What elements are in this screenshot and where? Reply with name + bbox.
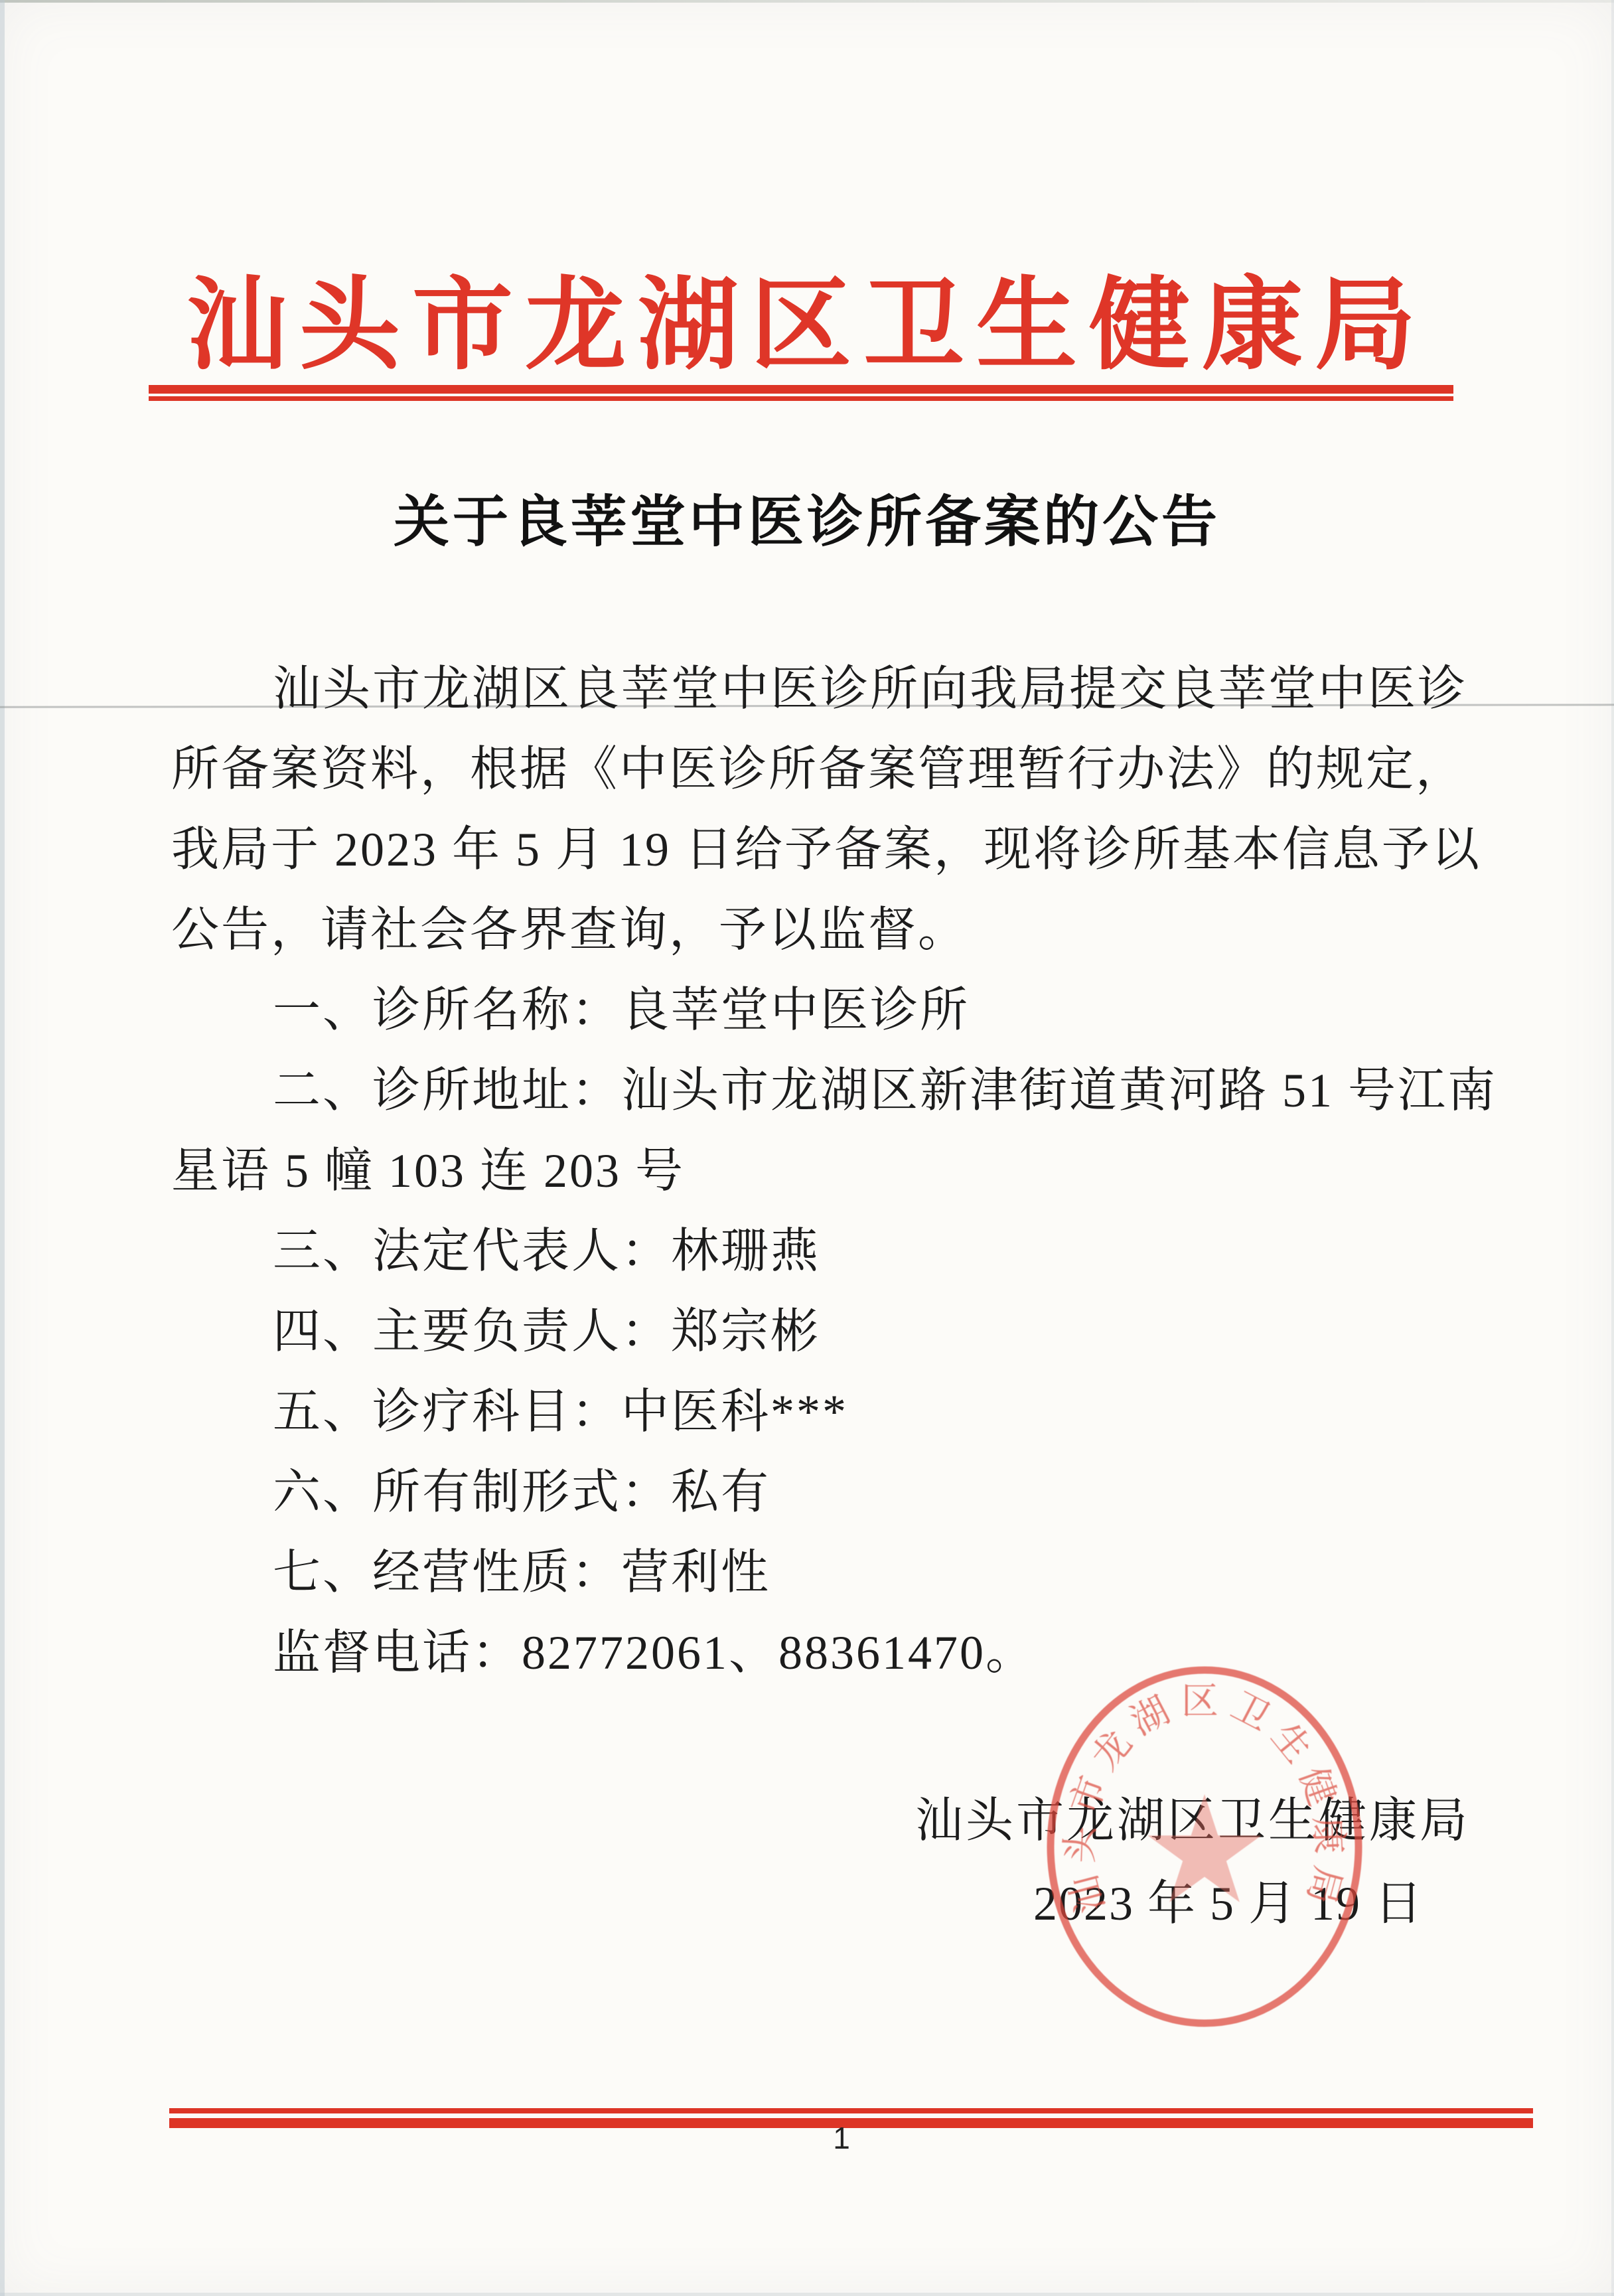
letterhead-agency-name: 汕头市龙湖区卫生健康局 [0, 275, 1614, 376]
scan-edge-top [0, 0, 1614, 3]
body-line-principal: 四、主要负责人：郑宗彬 [171, 1292, 1472, 1372]
body-line-clinic-address: 二、诊所地址：汕头市龙湖区新津街道黄河路 51 号江南 [171, 1051, 1472, 1131]
body-line-operation-nature: 七、经营性质：营利性 [171, 1533, 1472, 1613]
document-body: 汕头市龙湖区良莘堂中医诊所向我局提交良莘堂中医诊 所备案资料，根据《中医诊所备案… [171, 649, 1472, 1693]
letterhead-rule-thick [149, 385, 1453, 394]
scanned-document-page: 汕头市龙湖区卫生健康局 关于良莘堂中医诊所备案的公告 汕头市龙湖区良莘堂中医诊所… [0, 0, 1614, 2296]
body-line: 我局于 2023 年 5 月 19 日给予备案，现将诊所基本信息予以 [171, 810, 1472, 890]
footer-rule-thin [169, 2108, 1533, 2113]
page-number: 1 [827, 2121, 856, 2155]
body-line-ownership: 六、所有制形式：私有 [171, 1452, 1472, 1533]
body-line-clinic-address-cont: 星语 5 幢 103 连 203 号 [171, 1131, 1472, 1211]
document-title: 关于良莘堂中医诊所备案的公告 [0, 491, 1614, 555]
letterhead-rule-thin [149, 396, 1453, 401]
body-line: 公告，请社会各界查询，予以监督。 [171, 890, 1472, 970]
seal-star [1147, 1794, 1261, 1902]
body-line: 所备案资料，根据《中医诊所备案管理暂行办法》的规定， [171, 729, 1472, 810]
body-line-legal-representative: 三、法定代表人：林珊燕 [171, 1211, 1472, 1292]
body-line-medical-subjects: 五、诊疗科目：中医科*** [171, 1372, 1472, 1452]
official-seal-stamp: 汕头市龙湖区卫生健康局 [1039, 1665, 1370, 2043]
body-line: 汕头市龙湖区良莘堂中医诊所向我局提交良莘堂中医诊 [171, 649, 1472, 729]
scan-edge-bottom [0, 2293, 1614, 2296]
body-line-clinic-name: 一、诊所名称：良莘堂中医诊所 [171, 970, 1472, 1051]
